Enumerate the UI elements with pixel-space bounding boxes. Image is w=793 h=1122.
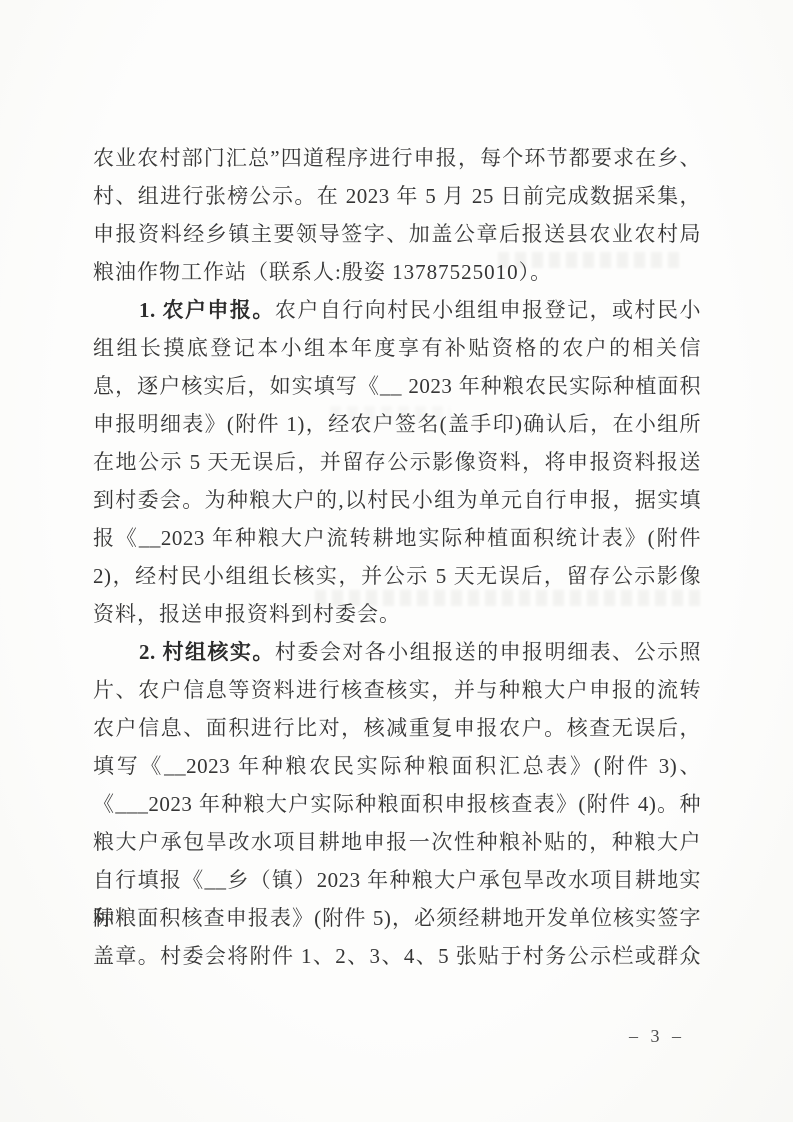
text-line: 自行填报《__乡（镇）2023 年种粮大户承包旱改水项目耕地实际 (93, 861, 701, 899)
text-line: 资料，报送申报资料到村委会。 (93, 595, 701, 633)
text-line: 种粮面积核查申报表》(附件 5)，必须经耕地开发单位核实签字 (93, 899, 701, 937)
text-line: 2)，经村民小组组长核实，并公示 5 天无误后，留存公示影像 (93, 557, 701, 595)
text-line: 申报明细表》(附件 1)，经农户签名(盖手印)确认后，在小组所 (93, 405, 701, 443)
text-line: 息，逐户核实后，如实填写《__ 2023 年种粮农民实际种植面积 (93, 367, 701, 405)
text-line: 报《__2023 年种粮大户流转耕地实际种植面积统计表》(附件 (93, 519, 701, 557)
text-line: 组组长摸底登记本小组本年度享有补贴资格的农户的相关信 (93, 329, 701, 367)
text-line: 2. 村组核实。村委会对各小组报送的申报明细表、公示照 (93, 633, 701, 671)
scanned-document-page: 农业农村部门汇总”四道程序进行申报，每个环节都要求在乡、村、组进行张榜公示。在 … (0, 0, 793, 1122)
text-line: 粮大户承包旱改水项目耕地申报一次性种粮补贴的，种粮大户 (93, 823, 701, 861)
text-line: 《___2023 年种粮大户实际种粮面积申报核查表》(附件 4)。种 (93, 785, 701, 823)
text-line: 到村委会。为种粮大户的,以村民小组为单元自行申报，据实填 (93, 481, 701, 519)
text-line: 在地公示 5 天无误后，并留存公示影像资料，将申报资料报送 (93, 443, 701, 481)
text-line: 盖章。村委会将附件 1、2、3、4、5 张贴于村务公示栏或群众 (93, 937, 701, 975)
text-line: 片、农户信息等资料进行核查核实，并与种粮大户申报的流转 (93, 671, 701, 709)
text-line: 村、组进行张榜公示。在 2023 年 5 月 25 日前完成数据采集， (93, 177, 701, 215)
paragraph-lead-bold: 2. 村组核实。 (139, 640, 275, 664)
document-body: 农业农村部门汇总”四道程序进行申报，每个环节都要求在乡、村、组进行张榜公示。在 … (93, 139, 701, 975)
document-lines: 农业农村部门汇总”四道程序进行申报，每个环节都要求在乡、村、组进行张榜公示。在 … (93, 139, 701, 975)
text-line: 农户信息、面积进行比对，核减重复申报农户。核查无误后， (93, 709, 701, 747)
text-line: 申报资料经乡镇主要领导签字、加盖公章后报送县农业农村局 (93, 215, 701, 253)
text-line: 农业农村部门汇总”四道程序进行申报，每个环节都要求在乡、 (93, 139, 701, 177)
text-line: 粮油作物工作站（联系人:殷姿 13787525010）。 (93, 253, 701, 291)
paragraph-lead-bold: 1. 农户申报。 (139, 298, 275, 322)
page-number: – 3 – (622, 1026, 692, 1047)
text-line: 1. 农户申报。农户自行向村民小组组申报登记，或村民小 (93, 291, 701, 329)
text-line: 填写《__2023 年种粮农民实际种粮面积汇总表》(附件 3)、 (93, 747, 701, 785)
